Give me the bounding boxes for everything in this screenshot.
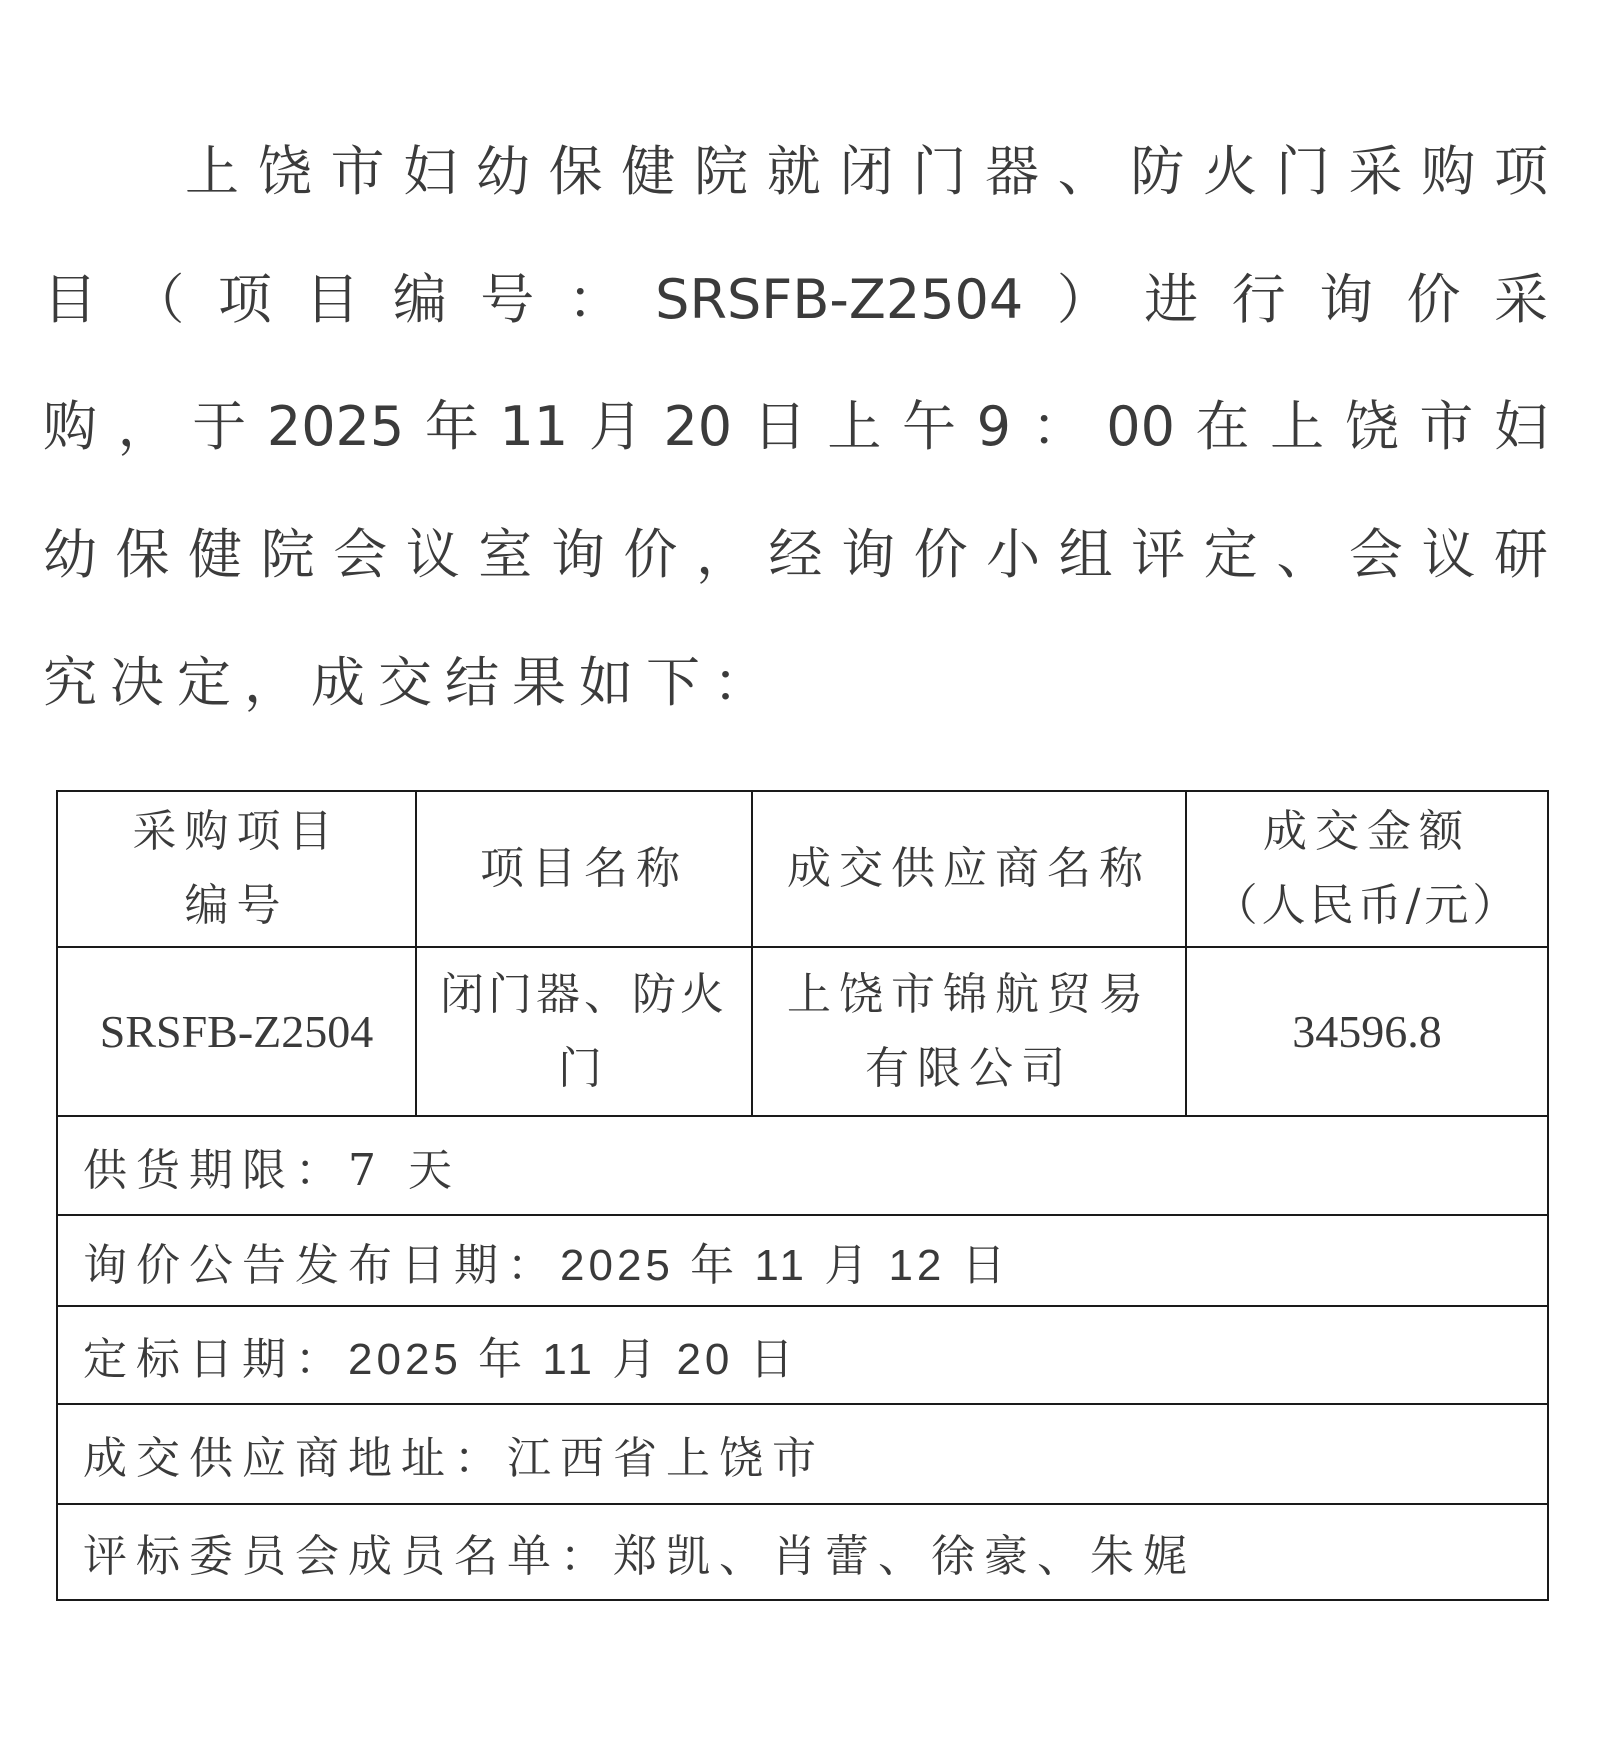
info-row-award-date: 定标日期： 2025 年 11 月 20 日	[83, 1307, 798, 1403]
project-name-line: 门	[558, 1032, 610, 1106]
header-line: 采购项目	[133, 795, 341, 869]
info-value: 2025 年 11 月 12 日	[560, 1229, 1010, 1293]
paragraph-line: 究决定，成交结果如下：	[43, 643, 1548, 723]
cell-project-code: SRSFB-Z2504	[58, 948, 415, 1115]
info-value: 2025 年 11 月 20 日	[348, 1323, 798, 1387]
info-row-notice-date: 询价公告发布日期： 2025 年 11 月 12 日	[83, 1216, 1010, 1305]
supplier-line: 上饶市锦航贸易	[787, 958, 1151, 1032]
info-row-supplier-address: 成交供应商地址： 江西省上饶市	[83, 1405, 825, 1503]
header-line: 编号	[185, 869, 289, 943]
header-amount: 成交金额 （人民币/元）	[1187, 792, 1547, 946]
paragraph-line: 目（项目编号：SRSFB-Z2504）进行询价采	[43, 260, 1548, 340]
header-line: （人民币/元）	[1214, 869, 1521, 943]
header-supplier: 成交供应商名称	[753, 792, 1185, 946]
info-label: 询价公告发布日期：	[83, 1229, 560, 1293]
cell-amount: 34596.8	[1187, 948, 1547, 1115]
info-row-delivery-period: 供货期限： 7 天	[83, 1117, 461, 1214]
project-code-value: SRSFB-Z2504	[100, 995, 374, 1069]
header-project-code: 采购项目 编号	[58, 792, 415, 946]
paragraph-line: 上饶市妇幼保健院就闭门器、防火门采购项	[185, 132, 1548, 212]
info-value: 江西省上饶市	[507, 1422, 825, 1486]
paragraph-line: 购，于2025年11月20日上午9：00在上饶市妇	[43, 387, 1548, 467]
info-value: 7 天	[348, 1134, 461, 1198]
project-name-line: 闭门器、防火	[440, 958, 728, 1032]
supplier-line: 有限公司	[865, 1032, 1073, 1106]
header-line: 成交金额	[1263, 795, 1471, 869]
amount-value: 34596.8	[1292, 995, 1442, 1069]
info-value: 郑凯、肖蕾、徐豪、朱娓	[613, 1520, 1196, 1584]
result-table: 采购项目 编号 项目名称 成交供应商名称 成交金额 （人民币/元） SRSFB-…	[56, 790, 1549, 1601]
header-project-name: 项目名称	[417, 792, 751, 946]
cell-supplier: 上饶市锦航贸易 有限公司	[753, 948, 1185, 1115]
paragraph-line: 幼保健院会议室询价，经询价小组评定、会议研	[43, 515, 1548, 595]
header-line: 成交供应商名称	[787, 832, 1151, 906]
info-label: 定标日期：	[83, 1323, 348, 1387]
info-label: 评标委员会成员名单：	[83, 1520, 613, 1584]
cell-project-name: 闭门器、防火 门	[417, 948, 751, 1115]
info-label: 供货期限：	[83, 1134, 348, 1198]
header-line: 项目名称	[480, 832, 688, 906]
info-row-committee-members: 评标委员会成员名单： 郑凯、肖蕾、徐豪、朱娓	[83, 1505, 1196, 1599]
info-label: 成交供应商地址：	[83, 1422, 507, 1486]
